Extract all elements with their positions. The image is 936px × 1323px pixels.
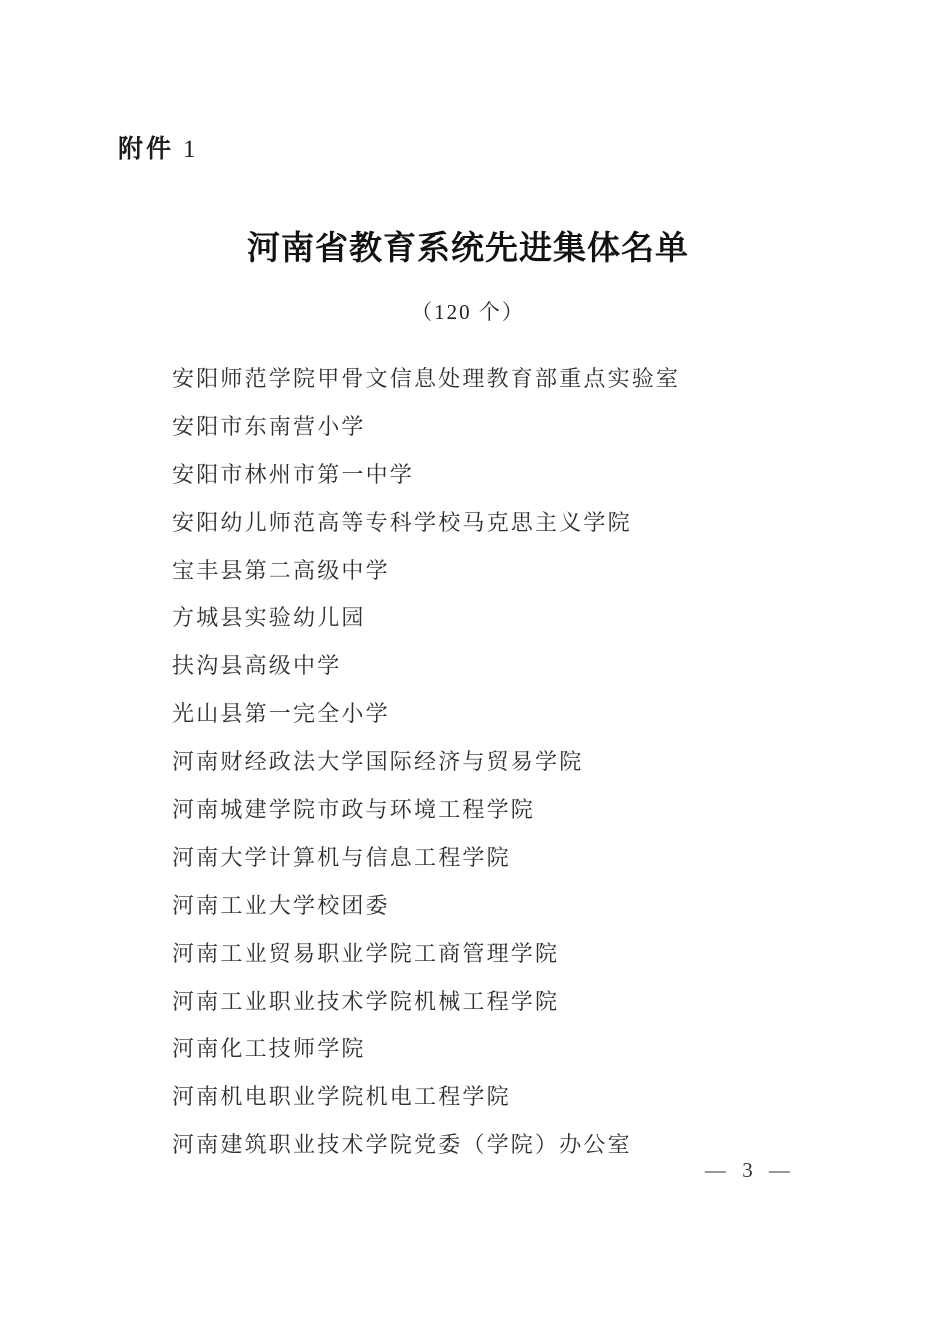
list-item: 安阳师范学院甲骨文信息处理教育部重点实验室 (172, 355, 876, 403)
attachment-label: 附件 (118, 135, 174, 163)
list-item: 方城县实验幼儿园 (172, 594, 876, 642)
list-item: 安阳市林州市第一中学 (172, 451, 876, 499)
list-item: 安阳市东南营小学 (172, 403, 876, 451)
attachment-heading: 附件1 (118, 136, 196, 164)
count-note: （120 个） (0, 296, 936, 326)
list-item: 河南工业贸易职业学院工商管理学院 (172, 930, 876, 978)
document-page: 附件1 河南省教育系统先进集体名单 （120 个） 安阳师范学院甲骨文信息处理教… (0, 0, 936, 1323)
list-item: 扶沟县高级中学 (172, 642, 876, 690)
list-item: 河南城建学院市政与环境工程学院 (172, 786, 876, 834)
list-item: 河南大学计算机与信息工程学院 (172, 834, 876, 882)
list-item: 光山县第一完全小学 (172, 690, 876, 738)
list-item: 安阳幼儿师范高等专科学校马克思主义学院 (172, 499, 876, 547)
attachment-number: 1 (183, 136, 196, 163)
list-item: 河南财经政法大学国际经济与贸易学院 (172, 738, 876, 786)
list-item: 河南化工技师学院 (172, 1025, 876, 1073)
document-title: 河南省教育系统先进集体名单 (0, 222, 936, 269)
list-item: 宝丰县第二高级中学 (172, 547, 876, 595)
collective-name-list: 安阳师范学院甲骨文信息处理教育部重点实验室 安阳市东南营小学 安阳市林州市第一中… (172, 355, 876, 1169)
page-number: — 3 — (705, 1158, 790, 1183)
list-item: 河南机电职业学院机电工程学院 (172, 1073, 876, 1121)
list-item: 河南工业职业技术学院机械工程学院 (172, 978, 876, 1026)
list-item: 河南工业大学校团委 (172, 882, 876, 930)
